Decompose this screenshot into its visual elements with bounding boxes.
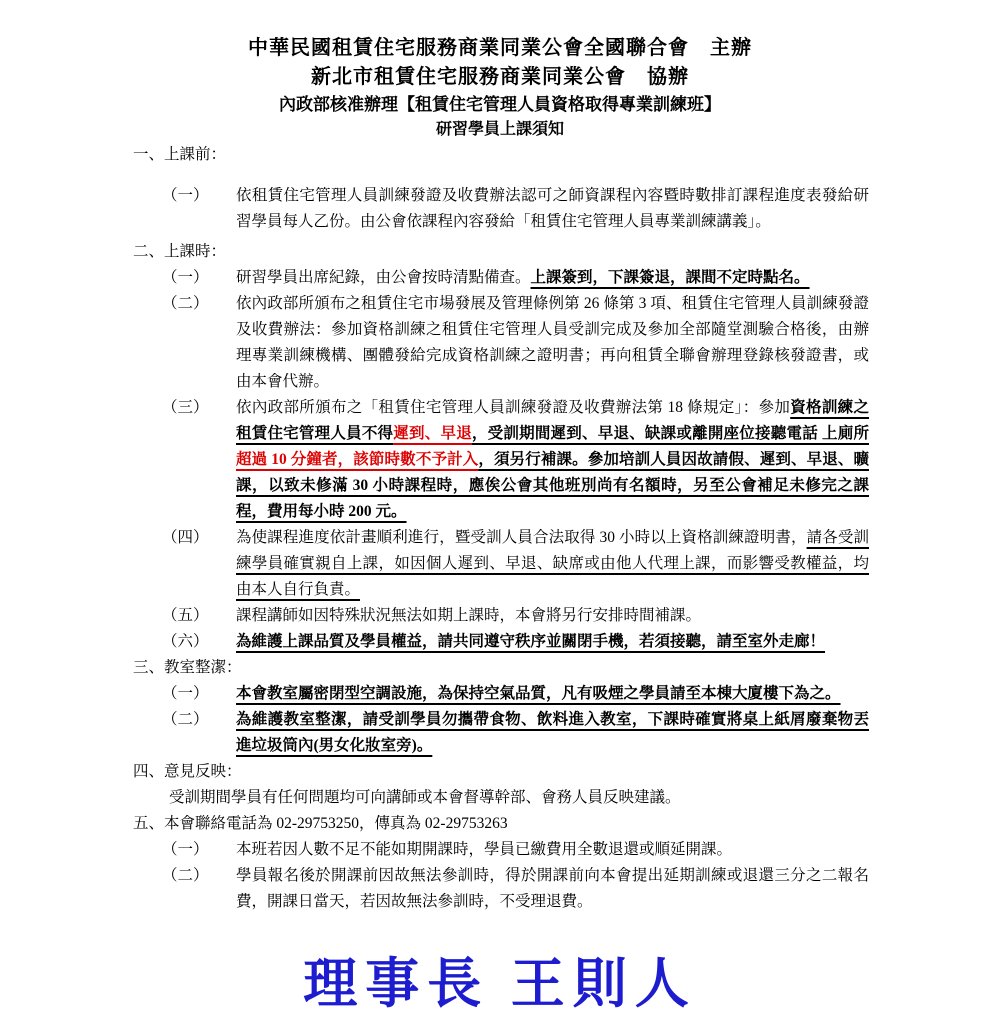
header-organizer-line: 中華民國租賃住宅服務商業同業公會全國聯合會 主辦: [0, 34, 1000, 63]
list-item-number: （二）: [133, 291, 236, 317]
text-segment: 本班若因人數不足不能如期開課時，學員已繳費用全數退還或順延開課。: [236, 841, 732, 858]
text-segment: 課程講師如因特殊狀況無法如期上課時，本會將另行安排時間補課。: [236, 607, 701, 624]
text-segment: 研習學員出席紀錄，由公會按時清點備查。: [236, 269, 531, 286]
list-item: （六）為維護上課品質及學員權益，請共同遵守秩序並關閉手機，若須接聽，請至室外走廊…: [133, 629, 869, 655]
list-item-text: 學員報名後於開課前因故無法參訓時，得於開課前向本會提出延期訓練或退還三分之二報名…: [236, 863, 869, 915]
list-item: （四）為使課程進度依計畫順利進行，暨受訓人員合法取得 30 小時以上資格訓練證明…: [133, 525, 869, 603]
list-item: （五）課程講師如因特殊狀況無法如期上課時，本會將另行安排時間補課。: [133, 603, 869, 629]
text-segment: 依內政部所頒布之「租賃住宅管理人員訓練發證及收費辦法第 18 條規定」：參加: [236, 399, 790, 416]
list-item-number: （一）: [133, 265, 236, 291]
list-item-number: （六）: [133, 629, 236, 655]
section-heading: 五、本會聯絡電話為 02-29753250，傳真為 02-29753263: [133, 811, 869, 837]
header-coorganizer-line: 新北市租賃住宅服務商業同業公會 協辦: [0, 63, 1000, 92]
list-item-number: （三）: [133, 395, 236, 421]
list-item-text: 本會教室屬密閉型空調設施，為保持空氣品質，凡有吸煙之學員請至本棟大廈樓下為之。: [236, 681, 869, 707]
list-item-text: 依租賃住宅管理人員訓練發證及收費辦法認可之師資課程內容暨時數排訂課程進度表發給研…: [236, 183, 869, 235]
section-paragraph: 受訓期間學員有任何問題均可向講師或本會督導幹部、會務人員反映建議。: [169, 785, 869, 811]
list-item-text: 本班若因人數不足不能如期開課時，學員已繳費用全數退還或順延開課。: [236, 837, 869, 863]
text-segment: 為使課程進度依計畫順利進行，暨受訓人員合法取得 30 小時以上資格訓練證明書，: [236, 529, 807, 546]
list-item-text: 為維護上課品質及學員權益，請共同遵守秩序並關閉手機，若須接聽，請至室外走廊！: [236, 629, 869, 655]
text-segment: 學員報名後於開課前因故無法參訓時，得於開課前向本會提出延期訓練或退還三分之二報名…: [236, 867, 869, 910]
section-heading: 一、上課前：: [133, 142, 869, 168]
list-item-number: （四）: [133, 525, 236, 551]
text-segment: 上課簽到，下課簽退，課間不定時點名。: [531, 269, 810, 286]
list-item: （一）本班若因人數不足不能如期開課時，學員已繳費用全數退還或順延開課。: [133, 837, 869, 863]
list-item: （二）學員報名後於開課前因故無法參訓時，得於開課前向本會提出延期訓練或退還三分之…: [133, 863, 869, 915]
section: 四、意見反映：受訓期間學員有任何問題均可向講師或本會督導幹部、會務人員反映建議。: [133, 759, 869, 811]
list-item-text: 為維護教室整潔，請受訓學員勿攜帶食物、飲料進入教室，下課時確實將桌上紙屑廢棄物丟…: [236, 707, 869, 759]
list-item-number: （二）: [133, 707, 236, 733]
list-item-number: （一）: [133, 837, 236, 863]
list-item-text: 依內政部所頒布之租賃住宅市場發展及管理條例第 26 條第 3 項、租賃住宅管理人…: [236, 291, 869, 395]
document-page: 中華民國租賃住宅服務商業同業公會全國聯合會 主辦 新北市租賃住宅服務商業同業公會…: [0, 0, 1000, 1027]
list-item-text: 研習學員出席紀錄，由公會按時清點備查。上課簽到，下課簽退，課間不定時點名。: [236, 265, 869, 291]
text-segment: 超過 10 分鐘者，該節時數不予計入: [236, 451, 478, 468]
list-item: （一）本會教室屬密閉型空調設施，為保持空氣品質，凡有吸煙之學員請至本棟大廈樓下為…: [133, 681, 869, 707]
list-item: （一）研習學員出席紀錄，由公會按時清點備查。上課簽到，下課簽退，課間不定時點名。: [133, 265, 869, 291]
list-item-number: （一）: [133, 681, 236, 707]
list-item-text: 為使課程進度依計畫順利進行，暨受訓人員合法取得 30 小時以上資格訓練證明書，請…: [236, 525, 869, 603]
list-item: （三）依內政部所頒布之「租賃住宅管理人員訓練發證及收費辦法第 18 條規定」：參…: [133, 395, 869, 525]
text-segment: 依租賃住宅管理人員訓練發證及收費辦法認可之師資課程內容暨時數排訂課程進度表發給研…: [236, 187, 869, 230]
section-number: 四、: [133, 763, 164, 780]
document-header: 中華民國租賃住宅服務商業同業公會全國聯合會 主辦 新北市租賃住宅服務商業同業公會…: [0, 0, 1000, 142]
list-item-number: （二）: [133, 863, 236, 889]
text-segment: 為維護上課品質及學員權益，請共同遵守秩序並關閉手機，若須接聽，請至室外走廊！: [236, 633, 825, 650]
section-heading: 三、教室整潔：: [133, 655, 869, 681]
chairman-signature: 理事長 王則人: [0, 941, 1000, 1018]
section-title: 教室整潔：: [164, 659, 242, 676]
text-segment: 本會教室屬密閉型空調設施，為保持空氣品質，凡有吸煙之學員請至本棟大廈樓下為之。: [236, 685, 841, 702]
section: 一、上課前：（一）依租賃住宅管理人員訓練發證及收費辦法認可之師資課程內容暨時數排…: [133, 142, 869, 235]
section-number: 二、: [133, 243, 164, 260]
document-title: 研習學員上課須知: [0, 118, 1000, 142]
text-segment: 依內政部所頒布之租賃住宅市場發展及管理條例第 26 條第 3 項、租賃住宅管理人…: [236, 295, 869, 390]
header-course-title: 內政部核准辦理【租賃住宅管理人員資格取得專業訓練班】: [0, 92, 1000, 118]
section: 五、本會聯絡電話為 02-29753250，傳真為 02-29753263（一）…: [133, 811, 869, 915]
section-heading: 二、上課時：: [133, 239, 869, 265]
section-number: 五、: [133, 815, 164, 832]
section-heading: 四、意見反映：: [133, 759, 869, 785]
section: 二、上課時：（一）研習學員出席紀錄，由公會按時清點備查。上課簽到，下課簽退，課間…: [133, 239, 869, 655]
section-number: 一、: [133, 146, 164, 163]
list-item: （一）依租賃住宅管理人員訓練發證及收費辦法認可之師資課程內容暨時數排訂課程進度表…: [133, 183, 869, 235]
list-item-text: 依內政部所頒布之「租賃住宅管理人員訓練發證及收費辦法第 18 條規定」：參加資格…: [236, 395, 869, 525]
document-body: 一、上課前：（一）依租賃住宅管理人員訓練發證及收費辦法認可之師資課程內容暨時數排…: [133, 142, 869, 915]
list-item-number: （五）: [133, 603, 236, 629]
section-title: 上課時：: [164, 243, 226, 260]
list-item-text: 課程講師如因特殊狀況無法如期上課時，本會將另行安排時間補課。: [236, 603, 869, 629]
section-number: 三、: [133, 659, 164, 676]
section-title: 本會聯絡電話為 02-29753250，傳真為 02-29753263: [164, 815, 508, 832]
section-title: 意見反映：: [164, 763, 242, 780]
list-item-number: （一）: [133, 183, 236, 209]
list-item: （二）依內政部所頒布之租賃住宅市場發展及管理條例第 26 條第 3 項、租賃住宅…: [133, 291, 869, 395]
text-segment: ，受訓期間遲到、早退、缺課或離開座位接聽電話 上廁所: [472, 425, 869, 442]
list-item: （二）為維護教室整潔，請受訓學員勿攜帶食物、飲料進入教室，下課時確實將桌上紙屑廢…: [133, 707, 869, 759]
text-segment: 為維護教室整潔，請受訓學員勿攜帶食物、飲料進入教室，下課時確實將桌上紙屑廢棄物丟…: [236, 711, 869, 754]
section-title: 上課前：: [164, 146, 226, 163]
section: 三、教室整潔：（一）本會教室屬密閉型空調設施，為保持空氣品質，凡有吸煙之學員請至…: [133, 655, 869, 759]
text-segment: 遲到、早退: [393, 425, 472, 442]
